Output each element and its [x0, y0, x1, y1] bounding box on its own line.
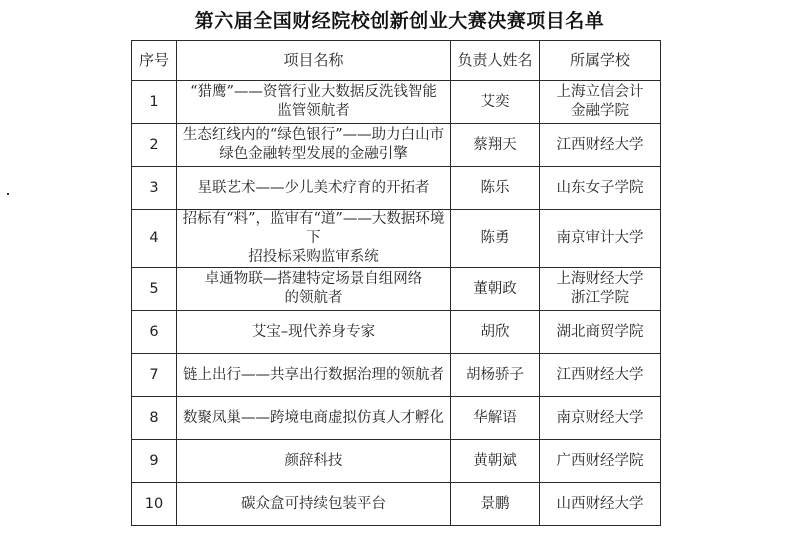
document-title: 第六届全国财经院校创新创业大赛决赛项目名单 — [0, 6, 799, 33]
project-name: 艾宝–现代养身专家 — [177, 311, 451, 354]
project-name: 星联艺术——少儿美术疗育的开拓者 — [177, 167, 451, 210]
project-name: 数聚凤巢——跨境电商虚拟仿真人才孵化 — [177, 397, 451, 440]
project-name: 颜辞科技 — [177, 440, 451, 483]
table-row: 4 招标有“料”，监审有“道”——大数据环境下 招投标采购监审系统 陈勇 南京审… — [132, 210, 661, 268]
leader-name: 景鹏 — [451, 483, 540, 526]
row-number: 10 — [132, 483, 177, 526]
leader-name: 胡杨骄子 — [451, 354, 540, 397]
finalist-table: 序号 项目名称 负责人姓名 所属学校 1 “猎鹰”——资管行业大数据反洗钱智能 … — [131, 40, 661, 526]
leader-name: 董朝政 — [451, 268, 540, 311]
leader-name: 艾奕 — [451, 81, 540, 124]
row-number: 6 — [132, 311, 177, 354]
school-name: 湖北商贸学院 — [540, 311, 661, 354]
table-row: 1 “猎鹰”——资管行业大数据反洗钱智能 监管领航者 艾奕 上海立信会计 金融学… — [132, 81, 661, 124]
row-number: 7 — [132, 354, 177, 397]
scan-speck — [7, 193, 9, 195]
project-name: 卓通物联—搭建特定场景自组网络 的领航者 — [177, 268, 451, 311]
school-name: 广西财经学院 — [540, 440, 661, 483]
row-number: 5 — [132, 268, 177, 311]
table-row: 5 卓通物联—搭建特定场景自组网络 的领航者 董朝政 上海财经大学 浙江学院 — [132, 268, 661, 311]
leader-name: 蔡翔天 — [451, 124, 540, 167]
school-name: 南京财经大学 — [540, 397, 661, 440]
school-name: 山东女子学院 — [540, 167, 661, 210]
project-name: “猎鹰”——资管行业大数据反洗钱智能 监管领航者 — [177, 81, 451, 124]
row-number: 2 — [132, 124, 177, 167]
table-row: 8 数聚凤巢——跨境电商虚拟仿真人才孵化 华解语 南京财经大学 — [132, 397, 661, 440]
project-name: 链上出行——共享出行数据治理的领航者 — [177, 354, 451, 397]
row-number: 3 — [132, 167, 177, 210]
table-row: 3 星联艺术——少儿美术疗育的开拓者 陈乐 山东女子学院 — [132, 167, 661, 210]
table-row: 9 颜辞科技 黄朝斌 广西财经学院 — [132, 440, 661, 483]
project-name: 生态红线内的“绿色银行”——助力白山市 绿色金融转型发展的金融引擎 — [177, 124, 451, 167]
school-name: 南京审计大学 — [540, 210, 661, 268]
leader-name: 陈勇 — [451, 210, 540, 268]
project-name: 招标有“料”，监审有“道”——大数据环境下 招投标采购监审系统 — [177, 210, 451, 268]
project-name: 碳众盒可持续包装平台 — [177, 483, 451, 526]
table-row: 2 生态红线内的“绿色银行”——助力白山市 绿色金融转型发展的金融引擎 蔡翔天 … — [132, 124, 661, 167]
school-name: 上海立信会计 金融学院 — [540, 81, 661, 124]
school-name: 山西财经大学 — [540, 483, 661, 526]
table-header-row: 序号 项目名称 负责人姓名 所属学校 — [132, 41, 661, 81]
header-leader-name: 负责人姓名 — [451, 41, 540, 81]
school-name: 上海财经大学 浙江学院 — [540, 268, 661, 311]
header-project-name: 项目名称 — [177, 41, 451, 81]
school-name: 江西财经大学 — [540, 354, 661, 397]
table-row: 7 链上出行——共享出行数据治理的领航者 胡杨骄子 江西财经大学 — [132, 354, 661, 397]
row-number: 4 — [132, 210, 177, 268]
leader-name: 陈乐 — [451, 167, 540, 210]
table-row: 6 艾宝–现代养身专家 胡欣 湖北商贸学院 — [132, 311, 661, 354]
leader-name: 华解语 — [451, 397, 540, 440]
row-number: 9 — [132, 440, 177, 483]
header-number: 序号 — [132, 41, 177, 81]
row-number: 8 — [132, 397, 177, 440]
table-row: 10 碳众盒可持续包装平台 景鹏 山西财经大学 — [132, 483, 661, 526]
header-school: 所属学校 — [540, 41, 661, 81]
leader-name: 黄朝斌 — [451, 440, 540, 483]
school-name: 江西财经大学 — [540, 124, 661, 167]
row-number: 1 — [132, 81, 177, 124]
leader-name: 胡欣 — [451, 311, 540, 354]
